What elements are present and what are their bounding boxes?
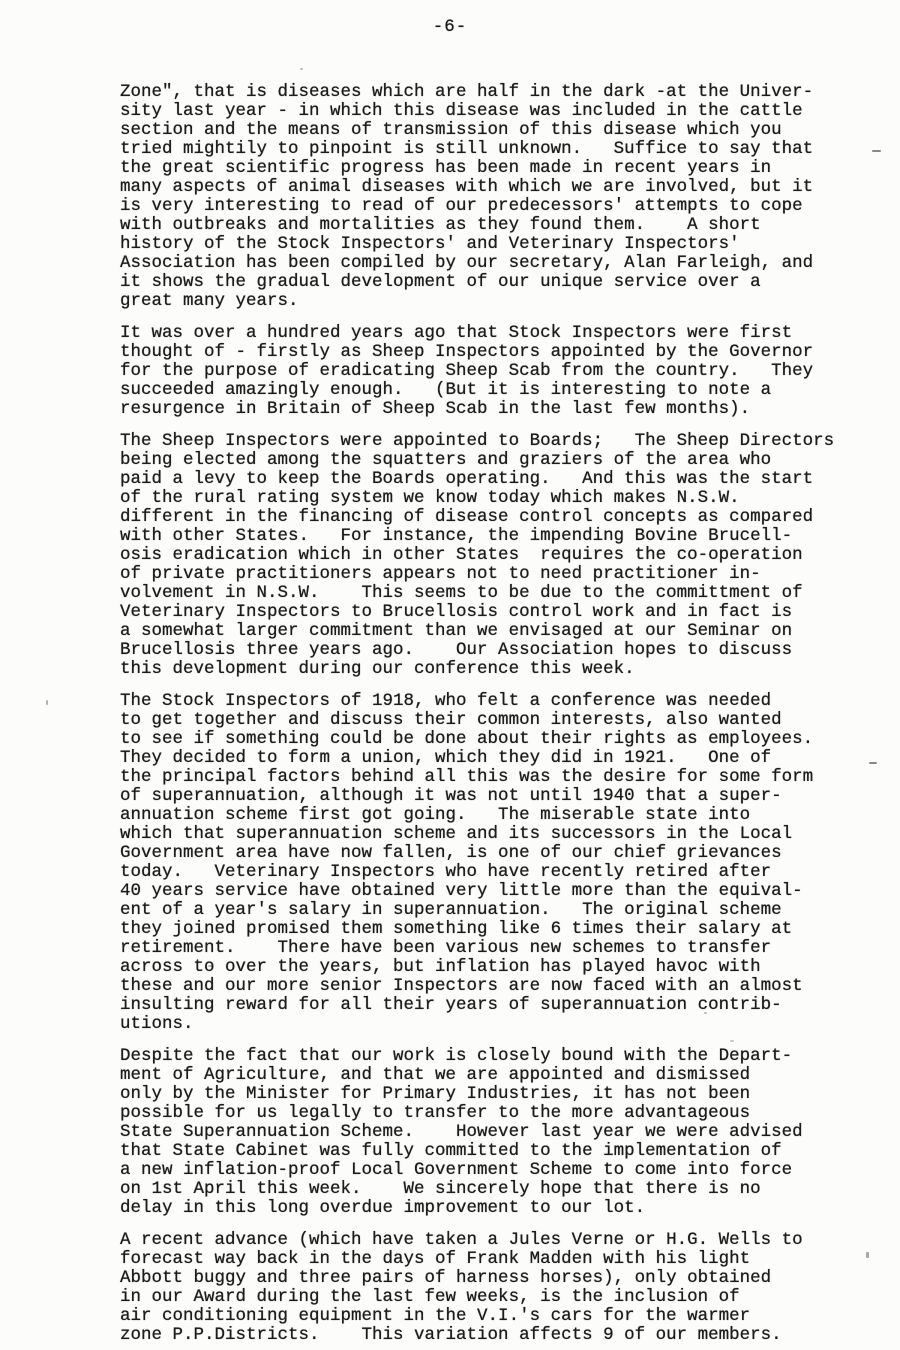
paragraph: The Stock Inspectors of 1918, who felt a… (120, 692, 870, 1034)
page-number: -6- (0, 18, 900, 37)
scan-speck (208, 965, 212, 967)
scan-speck (730, 1040, 734, 1042)
scan-speck (704, 1012, 707, 1014)
scan-speck (300, 68, 303, 70)
scan-speck (46, 700, 48, 705)
paragraph: A recent advance (which have taken a Jul… (120, 1231, 870, 1345)
document-body: Zone", that is diseases which are half i… (120, 83, 870, 1345)
scan-speck (866, 1252, 869, 1258)
paragraph: The Sheep Inspectors were appointed to B… (120, 432, 870, 679)
paragraph: It was over a hundred years ago that Sto… (120, 324, 870, 419)
document-page: -6- Zone", that is diseases which are ha… (0, 0, 900, 1350)
scan-speck (872, 150, 881, 152)
paragraph: Zone", that is diseases which are half i… (120, 83, 870, 311)
scan-speck (869, 762, 877, 764)
paragraph: Despite the fact that our work is closel… (120, 1047, 870, 1218)
